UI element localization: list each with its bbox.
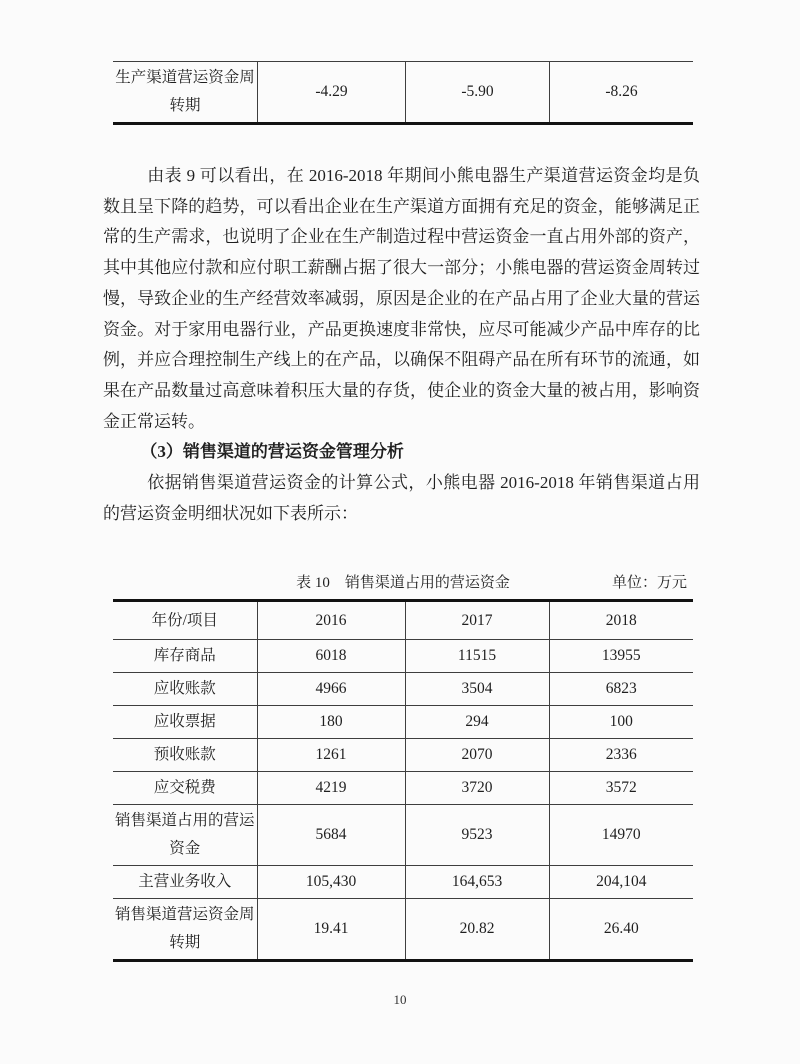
cell-value: 5684 — [257, 805, 405, 866]
cell-value: 11515 — [405, 640, 549, 673]
year-header: 2017 — [405, 601, 549, 640]
document-page: 生产渠道营运资金周转期 -4.29 -5.90 -8.26 由表 9 可以看出，… — [0, 0, 800, 1064]
row-label: 销售渠道占用的营运资金 — [113, 805, 257, 866]
cell-value: 180 — [257, 706, 405, 739]
row-label: 销售渠道营运资金周转期 — [113, 899, 257, 961]
table-caption: 表 10 销售渠道占用的营运资金 — [113, 570, 693, 596]
year-header: 2016 — [257, 601, 405, 640]
cell-value: 6823 — [549, 673, 693, 706]
body-text: 由表 9 可以看出，在 2016-2018 年期间小熊电器生产渠道营运资金均是负… — [103, 161, 700, 529]
row-label: 主营业务收入 — [113, 866, 257, 899]
cell-value: 3720 — [405, 772, 549, 805]
table-unit-label: 单位：万元 — [612, 570, 687, 596]
cell-value: -5.90 — [405, 62, 549, 122]
cell-value: 13955 — [549, 640, 693, 673]
row-label: 库存商品 — [113, 640, 257, 673]
row-label: 应交税费 — [113, 772, 257, 805]
table-row: 库存商品60181151513955 — [113, 640, 693, 673]
table-row: 应收票据180294100 — [113, 706, 693, 739]
intro-paragraph: 依据销售渠道营运资金的计算公式，小熊电器 2016-2018 年销售渠道占用的营… — [103, 468, 700, 529]
cell-value: 9523 — [405, 805, 549, 866]
cell-value: 14970 — [549, 805, 693, 866]
continued-table: 生产渠道营运资金周转期 -4.29 -5.90 -8.26 — [113, 61, 693, 125]
cell-value: 105,430 — [257, 866, 405, 899]
sales-table: 年份/项目201620172018 库存商品60181151513955应收账款… — [113, 599, 693, 962]
sales-table-body: 库存商品60181151513955应收账款496635046823应收票据18… — [113, 640, 693, 961]
cell-value: 204,104 — [549, 866, 693, 899]
cell-value: 100 — [549, 706, 693, 739]
analysis-paragraph: 由表 9 可以看出，在 2016-2018 年期间小熊电器生产渠道营运资金均是负… — [103, 161, 700, 437]
table-caption-row: 表 10 销售渠道占用的营运资金 单位：万元 — [113, 570, 693, 596]
cell-value: 2336 — [549, 739, 693, 772]
cell-value: 2070 — [405, 739, 549, 772]
row-label: 应收票据 — [113, 706, 257, 739]
row-label: 生产渠道营运资金周转期 — [113, 62, 257, 122]
cell-value: 20.82 — [405, 899, 549, 961]
cell-value: 164,653 — [405, 866, 549, 899]
cell-value: 3504 — [405, 673, 549, 706]
cell-value: 294 — [405, 706, 549, 739]
page-number: 10 — [0, 992, 800, 1008]
table-row: 预收账款126120702336 — [113, 739, 693, 772]
cell-value: 4219 — [257, 772, 405, 805]
row-label: 应收账款 — [113, 673, 257, 706]
sales-table-header-row: 年份/项目201620172018 — [113, 601, 693, 640]
table-row: 主营业务收入105,430164,653204,104 — [113, 866, 693, 899]
table-row: 应交税费421937203572 — [113, 772, 693, 805]
cell-value: 3572 — [549, 772, 693, 805]
cell-value: 6018 — [257, 640, 405, 673]
table-row: 销售渠道占用的营运资金5684952314970 — [113, 805, 693, 866]
cell-value: 4966 — [257, 673, 405, 706]
section-heading: （3）销售渠道的营运资金管理分析 — [103, 437, 700, 468]
cell-value: 1261 — [257, 739, 405, 772]
year-header: 2018 — [549, 601, 693, 640]
table-row: 销售渠道营运资金周转期19.4120.8226.40 — [113, 899, 693, 961]
year-item-header: 年份/项目 — [113, 601, 257, 640]
cell-value: 19.41 — [257, 899, 405, 961]
cell-value: -4.29 — [257, 62, 405, 122]
cell-value: 26.40 — [549, 899, 693, 961]
cell-value: -8.26 — [549, 62, 693, 122]
row-label: 预收账款 — [113, 739, 257, 772]
table-row: 应收账款496635046823 — [113, 673, 693, 706]
